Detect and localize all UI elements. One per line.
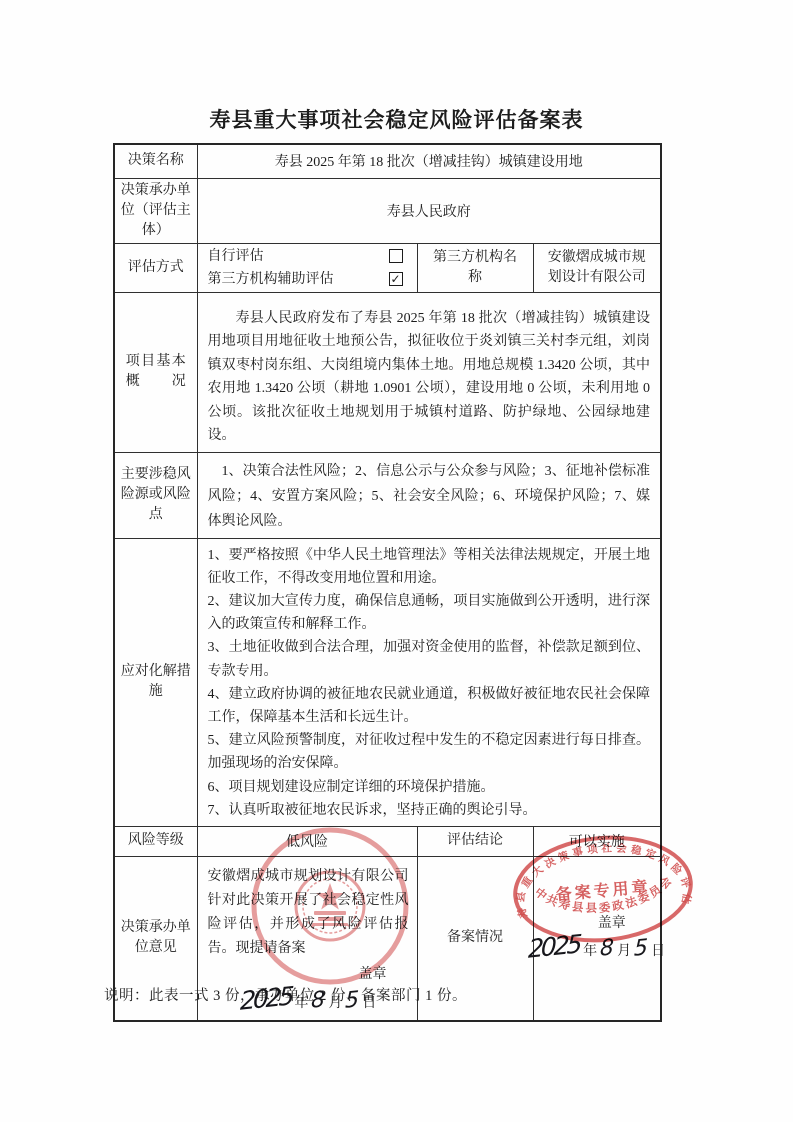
handwritten-month: 8 <box>600 935 615 962</box>
third-party-name-value: 安徽熠成城市规划设计有限公司 <box>533 243 661 292</box>
decision-name-value: 寿县 2025 年第 18 批次（增减挂钩）城镇建设用地 <box>197 144 661 178</box>
undertaker-value: 寿县人民政府 <box>197 178 661 243</box>
overview-label: 项目基本概况 <box>114 292 197 452</box>
page-title: 寿县重大事项社会稳定风险评估备案表 <box>0 104 793 134</box>
overview-value: 寿县人民政府发布了寿县 2025 年第 18 批次（增减挂钩）城镇建设用地项目用… <box>197 292 661 452</box>
measure-item: 4、建立政府协调的被征地农民就业通道，积极做好被征地农民社会保障工作，保障基本生… <box>208 683 651 729</box>
table-row: 项目基本概况 寿县人民政府发布了寿县 2025 年第 18 批次（增减挂钩）城镇… <box>114 292 661 452</box>
third-party-name-label: 第三方机构名称 <box>417 243 533 292</box>
measure-item: 3、土地征收做到合法合理，加强对资金使用的监督，补偿款足额到位、专款专用。 <box>208 636 651 682</box>
method-option-self: 自行评估 <box>198 245 417 268</box>
table-row: 主要涉稳风险源或风险点 1、决策合法性风险；2、信息公示与公众参与风险；3、征地… <box>114 452 661 538</box>
measure-item: 6、项目规划建设应制定详细的环境保护措施。 <box>208 776 651 799</box>
method-label: 评估方式 <box>114 243 197 292</box>
measure-item: 5、建立风险预警制度，对征收过程中发生的不稳定因素进行每日排查。加强现场的治安保… <box>208 729 651 775</box>
footnote: 说明：此表一式 3 份，承办单位 2 份、备案部门 1 份。 <box>104 984 467 1005</box>
undertaker-label: 决策承办单位（评估主体） <box>114 178 197 243</box>
checkbox-self-assessment <box>389 249 403 263</box>
handwritten-day: 5 <box>634 935 649 962</box>
risk-level-value: 低风险 <box>197 826 417 856</box>
method-option-self-label: 自行评估 <box>208 246 264 267</box>
method-option-third-party-label: 第三方机构辅助评估 <box>208 269 334 290</box>
opinion-text: 安徽熠成城市规划设计有限公司针对此决策开展了社会稳定性风险评估，并形成了风险评估… <box>208 865 409 961</box>
risk-level-label: 风险等级 <box>114 826 197 856</box>
method-options-cell: 自行评估 第三方机构辅助评估 ✓ <box>197 243 417 292</box>
risks-value: 1、决策合法性风险；2、信息公示与公众参与风险；3、征地补偿标准风险；4、安置方… <box>197 452 661 538</box>
filing-date: 2025 年 8 月 5 日 <box>538 932 657 961</box>
conclusion-label: 评估结论 <box>417 826 533 856</box>
table-row: 应对化解措施 1、要严格按照《中华人民土地管理法》等相关法律法规规定，开展土地征… <box>114 538 661 826</box>
filing-cell: 盖章 2025 年 8 月 5 日 <box>533 856 661 1021</box>
document-page: 寿县重大事项社会稳定风险评估备案表 决策名称 寿县 2025 年第 18 批次（… <box>0 0 793 1122</box>
table-row: 决策承办单位（评估主体） 寿县人民政府 <box>114 178 661 243</box>
conclusion-value: 可以实施 <box>533 826 661 856</box>
table-row: 风险等级 低风险 评估结论 可以实施 <box>114 826 661 856</box>
measures-label: 应对化解措施 <box>114 538 197 826</box>
table-row: 评估方式 自行评估 第三方机构辅助评估 ✓ 第三方机构名称 安徽熠成城市规划设计… <box>114 243 661 292</box>
checkbox-third-party-assessment: ✓ <box>389 272 403 286</box>
measure-item: 7、认真听取被征地农民诉求，坚持正确的舆论引导。 <box>208 799 651 822</box>
filing-seal-label: 盖章 <box>538 912 657 932</box>
measures-list: 1、要严格按照《中华人民土地管理法》等相关法律法规规定，开展土地征收工作，不得改… <box>197 538 661 826</box>
method-option-third-party: 第三方机构辅助评估 ✓ <box>198 268 417 291</box>
risks-label: 主要涉稳风险源或风险点 <box>114 452 197 538</box>
handwritten-year: 2025 <box>528 929 580 964</box>
measure-item: 1、要严格按照《中华人民土地管理法》等相关法律法规规定，开展土地征收工作，不得改… <box>208 544 651 590</box>
assessment-form-table: 决策名称 寿县 2025 年第 18 批次（增减挂钩）城镇建设用地 决策承办单位… <box>113 143 662 1022</box>
measure-item: 2、建议加大宣传力度，确保信息通畅，项目实施做到公开透明，进行深入的政策宣传和解… <box>208 590 651 636</box>
decision-name-label: 决策名称 <box>114 144 197 178</box>
table-row: 决策名称 寿县 2025 年第 18 批次（增减挂钩）城镇建设用地 <box>114 144 661 178</box>
